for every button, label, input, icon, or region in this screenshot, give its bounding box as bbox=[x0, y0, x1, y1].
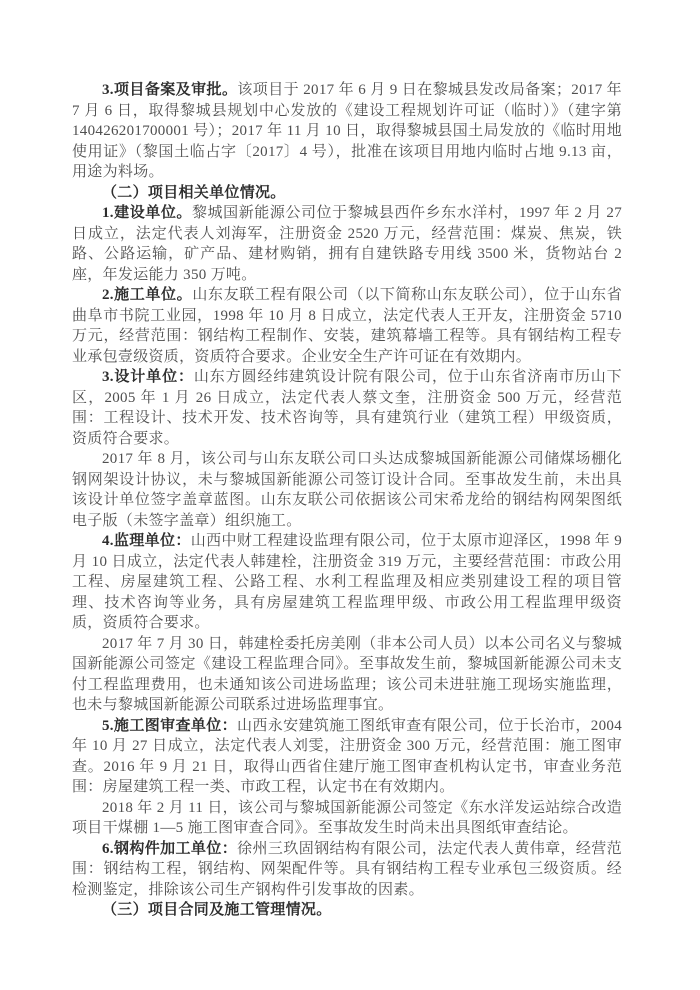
paragraph-contractor-label: 2.施工单位。 bbox=[102, 287, 192, 303]
heading-related-units: （二）项目相关单位情况。 bbox=[72, 183, 622, 204]
paragraph-steel-fabricator: 6.钢构件加工单位：徐州三玖固钢结构有限公司，法定代表人黄伟章，经营范围：钢结构… bbox=[72, 839, 622, 901]
paragraph-design-agreement: 2017 年 8 月，该公司与山东友联公司口头达成黎城国新能源公司储煤场棚化钢网… bbox=[72, 449, 622, 531]
paragraph-filing-approval: 3.项目备案及审批。该项目于 2017 年 6 月 9 日在黎城县发改局备案；2… bbox=[72, 80, 622, 183]
paragraph-contractor: 2.施工单位。山东友联工程有限公司（以下简称山东友联公司），位于山东省曲阜市书院… bbox=[72, 285, 622, 367]
paragraph-supervisor: 4.监理单位：山西中财工程建设监理有限公司，位于太原市迎泽区，1998 年 9 … bbox=[72, 531, 622, 634]
paragraph-supervision-contract: 2017 年 7 月 30 日，韩建栓委托房美刚（非本公司人员）以本公司名义与黎… bbox=[72, 634, 622, 716]
paragraph-construction-owner: 1.建设单位。黎城国新能源公司位于黎城县西仵乡东水洋村，1997 年 2 月 2… bbox=[72, 203, 622, 285]
paragraph-review-contract: 2018 年 2 月 11 日，该公司与黎城国新能源公司签定《东水洋发运站综合改… bbox=[72, 798, 622, 839]
paragraph-construction-owner-label: 1.建设单位。 bbox=[102, 205, 192, 221]
paragraph-design-agreement-text: 2017 年 8 月，该公司与山东友联公司口头达成黎城国新能源公司储煤场棚化钢网… bbox=[72, 451, 622, 529]
paragraph-drawing-review-unit: 5.施工图审查单位：山西永安建筑施工图纸审查有限公司，位于长治市，2004 年 … bbox=[72, 716, 622, 798]
paragraph-steel-fabricator-label: 6.钢构件加工单位： bbox=[102, 841, 237, 857]
heading-contracts-management: （三）项目合同及施工管理情况。 bbox=[72, 900, 622, 921]
document-text-block: 3.项目备案及审批。该项目于 2017 年 6 月 9 日在黎城县发改局备案；2… bbox=[72, 80, 622, 921]
heading-contracts-management-label: （三）项目合同及施工管理情况。 bbox=[102, 902, 332, 918]
paragraph-filing-approval-label: 3.项目备案及审批。 bbox=[102, 82, 237, 98]
paragraph-designer: 3.设计单位：山东方圆经纬建筑设计院有限公司，位于山东省济南市历山下区，2005… bbox=[72, 367, 622, 449]
paragraph-supervisor-label: 4.监理单位： bbox=[102, 533, 191, 549]
heading-related-units-label: （二）项目相关单位情况。 bbox=[102, 185, 286, 201]
paragraph-supervision-contract-text: 2017 年 7 月 30 日，韩建栓委托房美刚（非本公司人员）以本公司名义与黎… bbox=[72, 636, 622, 714]
paragraph-review-contract-text: 2018 年 2 月 11 日，该公司与黎城国新能源公司签定《东水洋发运站综合改… bbox=[72, 800, 622, 837]
paragraph-designer-label: 3.设计单位： bbox=[102, 369, 194, 385]
paragraph-drawing-review-unit-label: 5.施工图审查单位： bbox=[102, 718, 237, 734]
document-page: 3.项目备案及审批。该项目于 2017 年 6 月 9 日在黎城县发改局备案；2… bbox=[0, 0, 700, 990]
